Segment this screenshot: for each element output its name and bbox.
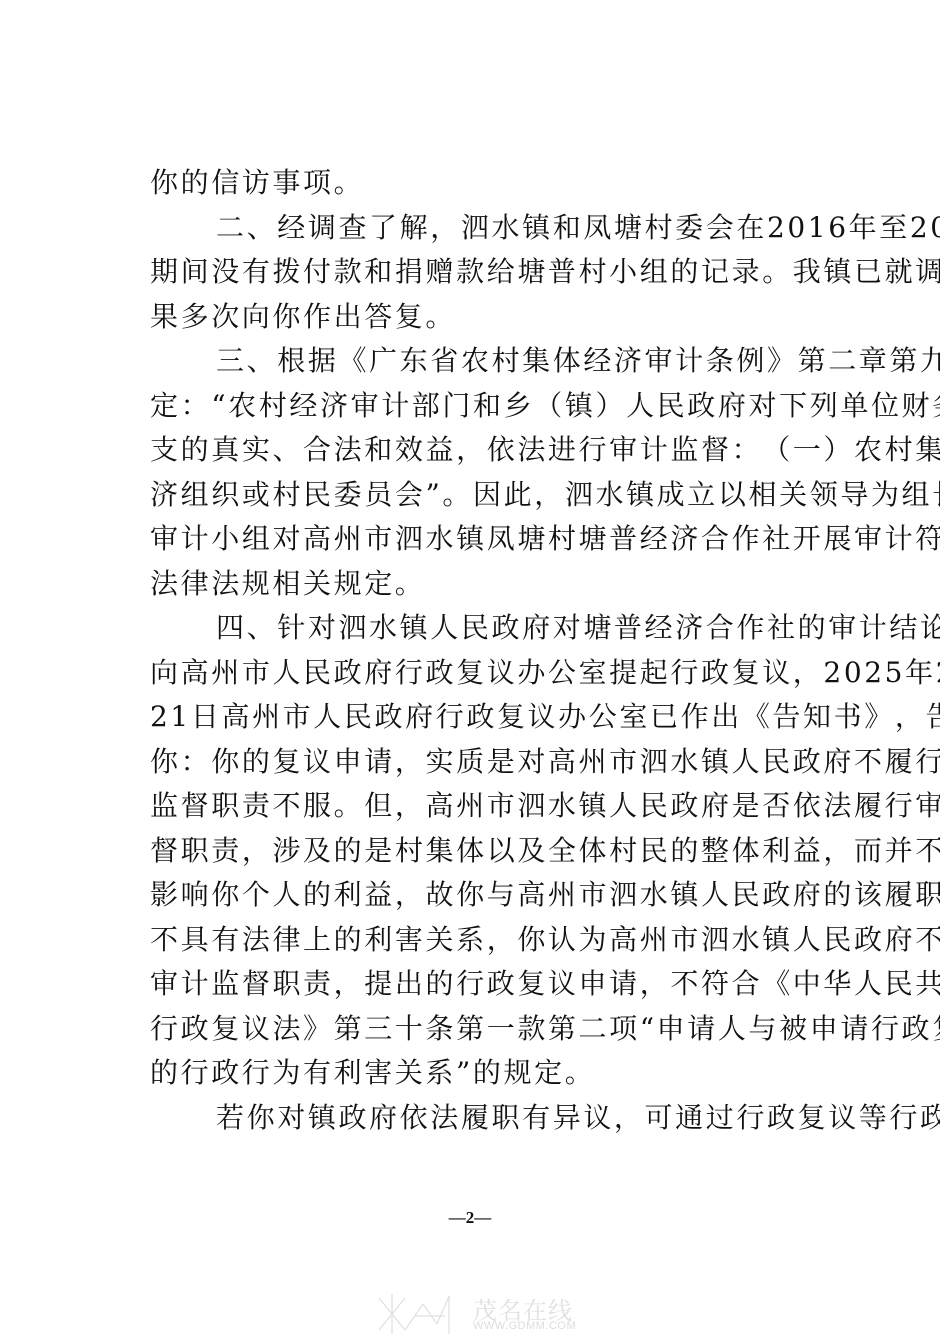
watermark: 茂名在线 WWW.GDMM.COM — [375, 1290, 575, 1336]
text-line: 你的信访事项。 — [150, 161, 822, 206]
text-line: 的行政行为有利害关系”的规定。 — [150, 1051, 822, 1096]
text-line: 支的真实、合法和效益，依法进行审计监督：（一）农村集体经 — [150, 428, 822, 473]
text-line: 督职责，涉及的是村集体以及全体村民的整体利益，而并不直接 — [150, 829, 822, 874]
text-line: 定：“农村经济审计部门和乡（镇）人民政府对下列单位财务收 — [150, 384, 822, 429]
text-line: 若你对镇政府依法履职有异议，可通过行政复议等行政程序 — [150, 1096, 822, 1141]
gdmm-logo-icon — [375, 1290, 467, 1340]
page-number: —2— — [0, 1208, 940, 1228]
text-line: 三、根据《广东省农村集体经济审计条例》第二章第九条规 — [150, 339, 822, 384]
text-line: 行政复议法》第三十条第一款第二项“申请人与被申请行政复议 — [150, 1007, 822, 1052]
text-line: 审计监督职责，提出的行政复议申请，不符合《中华人民共和国 — [150, 962, 822, 1007]
text-line: 影响你个人的利益，故你与高州市泗水镇人民政府的该履职行为 — [150, 873, 822, 918]
text-line: 期间没有拨付款和捐赠款给塘普村小组的记录。我镇已就调查结 — [150, 250, 822, 295]
text-line: 向高州市人民政府行政复议办公室提起行政复议，2025年2月 — [150, 651, 822, 696]
text-line: 二、经调查了解，泗水镇和凤塘村委会在2016年至2023年 — [150, 206, 822, 251]
text-line: 果多次向你作出答复。 — [150, 295, 822, 340]
text-line: 你：你的复议申请，实质是对高州市泗水镇人民政府不履行审计 — [150, 740, 822, 785]
text-line: 四、针对泗水镇人民政府对塘普经济合作社的审计结论你已 — [150, 606, 822, 651]
text-line: 济组织或村民委员会”。因此，泗水镇成立以相关领导为组长的 — [150, 473, 822, 518]
text-line: 法律法规相关规定。 — [150, 562, 822, 607]
text-line: 监督职责不服。但，高州市泗水镇人民政府是否依法履行审计监 — [150, 784, 822, 829]
text-line: 审计小组对高州市泗水镇凤塘村塘普经济合作社开展审计符合 — [150, 517, 822, 562]
document-page: 你的信访事项。二、经调查了解，泗水镇和凤塘村委会在2016年至2023年期间没有… — [0, 0, 940, 1340]
text-line: 不具有法律上的利害关系，你认为高州市泗水镇人民政府不履行 — [150, 918, 822, 963]
watermark-url: WWW.GDMM.COM — [473, 1320, 576, 1332]
document-body: 你的信访事项。二、经调查了解，泗水镇和凤塘村委会在2016年至2023年期间没有… — [150, 161, 822, 1140]
text-line: 21日高州市人民政府行政复议办公室已作出《告知书》，告知 — [150, 695, 822, 740]
